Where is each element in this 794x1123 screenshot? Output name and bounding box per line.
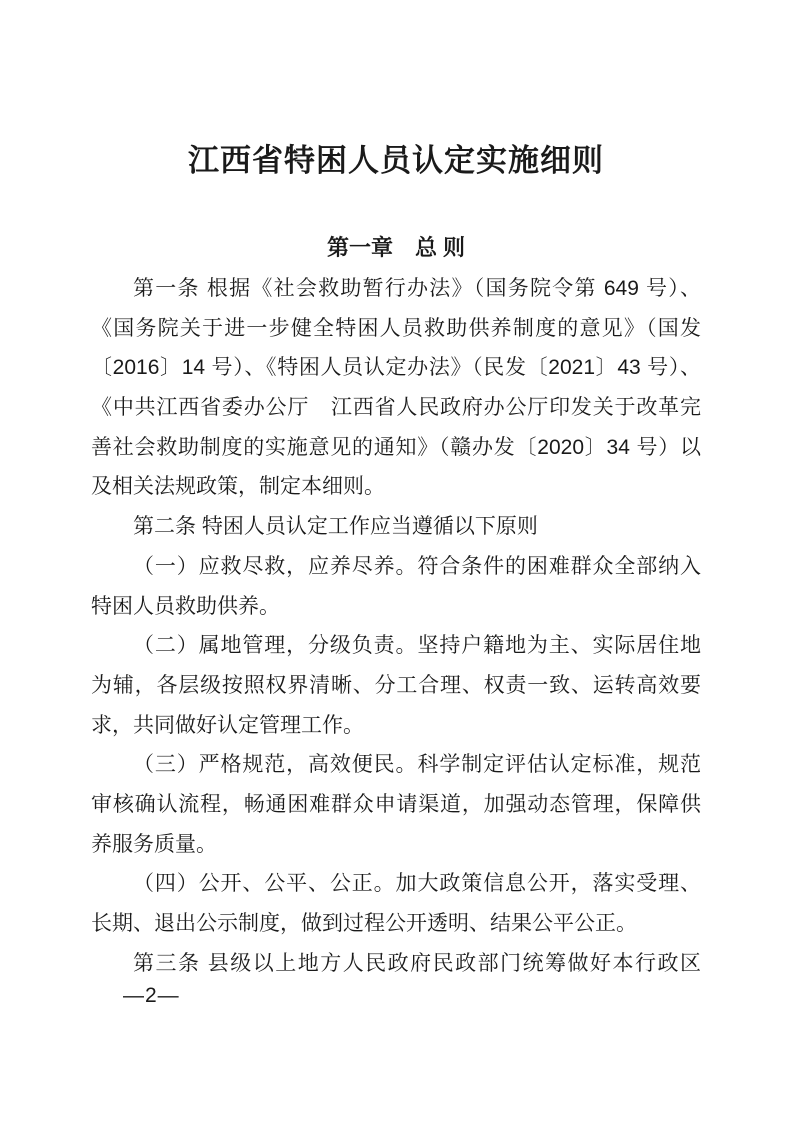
text-line: 第二条 特困人员认定工作应当遵循以下原则	[91, 507, 701, 547]
text-line: 《中共江西省委办公厅 江西省人民政府办公厅印发关于改革完	[91, 388, 701, 428]
text-line: 求，共同做好认定管理工作。	[91, 706, 701, 746]
text-line: （三）严格规范，高效便民。科学制定评估认定标准，规范	[91, 745, 701, 785]
text-line: 及相关法规政策，制定本细则。	[91, 467, 701, 507]
text-line: 养服务质量。	[91, 825, 701, 865]
text-line: 善社会救助制度的实施意见的通知》（赣办发〔2020〕34 号）以	[91, 428, 701, 468]
text-line: （一）应救尽救，应养尽养。符合条件的困难群众全部纳入	[91, 547, 701, 587]
document-body: 第一条 根据《社会救助暂行办法》（国务院令第 649 号）、《国务院关于进一步健…	[91, 269, 701, 983]
document-page: 江西省特困人员认定实施细则 第一章 总 则 第一条 根据《社会救助暂行办法》（国…	[0, 0, 794, 1123]
text-line: （二）属地管理，分级负责。坚持户籍地为主、实际居住地	[91, 626, 701, 666]
text-line: 第一条 根据《社会救助暂行办法》（国务院令第 649 号）、	[91, 269, 701, 309]
text-line: 特困人员救助供养。	[91, 587, 701, 627]
text-line: 长期、退出公示制度，做到过程公开透明、结果公平公正。	[91, 904, 701, 944]
chapter-heading: 第一章 总 则	[91, 235, 701, 260]
text-line: （四）公开、公平、公正。加大政策信息公开，落实受理、	[91, 864, 701, 904]
text-line: 《国务院关于进一步健全特困人员救助供养制度的意见》（国发	[91, 309, 701, 349]
text-line: 〔2016〕14 号）、《特困人员认定办法》（民发〔2021〕43 号）、	[91, 348, 701, 388]
page-number: —2—	[123, 984, 180, 1008]
text-line: 为辅，各层级按照权界清晰、分工合理、权责一致、运转高效要	[91, 666, 701, 706]
text-line: 审核确认流程，畅通困难群众申请渠道，加强动态管理，保障供	[91, 785, 701, 825]
document-title: 江西省特困人员认定实施细则	[91, 0, 701, 178]
text-line: 第三条 县级以上地方人民政府民政部门统筹做好本行政区	[91, 944, 701, 984]
